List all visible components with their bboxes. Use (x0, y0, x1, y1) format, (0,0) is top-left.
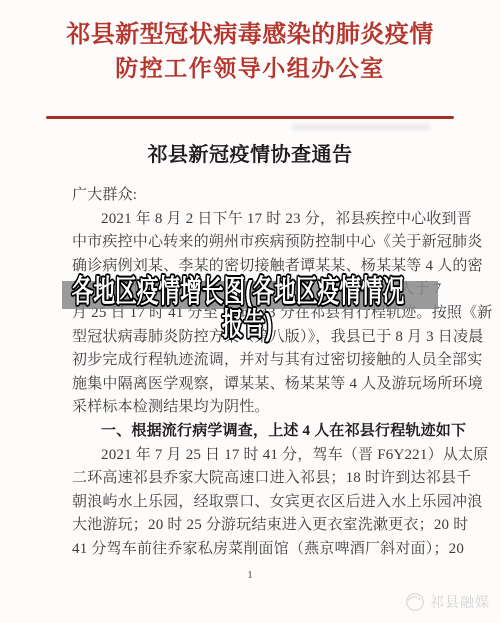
scanned-notice-page: 祁县新型冠状病毒感染的肺炎疫情 防控工作领导小组办公室 祁县新冠疫情协查通告 广… (0, 0, 500, 623)
body-line: 41 分驾车前往乔家私房菜削面馆（燕京啤酒厂斜对面）；20 (72, 538, 444, 562)
section-heading: 一、根据流行病学调查，上述 4 人在祁县行程轨迹如下 (72, 420, 444, 444)
letterhead-line2: 防控工作领导小组办公室 (0, 52, 500, 85)
caption-overlay-text-line2: 报告) (222, 308, 273, 342)
scan-artifact-smudge (292, 124, 430, 130)
salutation: 广大群众: (72, 184, 444, 208)
media-watermark: 祁县融媒 (404, 591, 490, 613)
body-line: 二环高速祁县乔家大院高速口进入祁县；18 时许到达祁县千 (72, 467, 444, 491)
body-line: 2021 年 8 月 2 日下午 17 时 23 分，祁县疾控中心收到晋 (72, 208, 444, 232)
notice-body: 广大群众: 2021 年 8 月 2 日下午 17 时 23 分，祁县疾控中心收… (72, 184, 444, 562)
body-line: 2021 年 7 月 25 日 17 时 41 分，驾车（晋 F6Y221）从太… (72, 444, 444, 468)
watermark-label: 祁县融媒 (430, 592, 490, 612)
letterhead-divider-rule (46, 116, 454, 119)
body-line: 朝浪屿水上乐园，经取票口、女宾更衣区后进入水上乐园冲浪 (72, 491, 444, 515)
body-line: 施集中隔离医学观察，谭某某、杨某某等 4 人及游玩场所环境 (72, 373, 444, 397)
body-line: 初步完成行程轨迹流调，并对与其有过密切接触的人员全部实 (72, 349, 444, 373)
letterhead: 祁县新型冠状病毒感染的肺炎疫情 防控工作领导小组办公室 (0, 18, 500, 85)
body-line: 中市疾控中心转来的朔州市疾病预防控制中心《关于新冠肺炎 (72, 231, 444, 255)
page-number: 1 (0, 569, 500, 581)
body-line: 采样标本检测结果均为阴性。 (72, 396, 444, 420)
media-outlet-logo-icon (404, 591, 426, 613)
caption-overlay-text-line1: 各地区疫情增长图(各地区疫情情况 (72, 275, 405, 309)
notice-title: 祁县新冠疫情协查通告 (0, 138, 500, 167)
letterhead-line1: 祁县新型冠状病毒感染的肺炎疫情 (0, 18, 500, 52)
body-line: 大池游玩；20 时 25 分游玩结束进入更衣室洗漱更衣；20 时 (72, 514, 444, 538)
